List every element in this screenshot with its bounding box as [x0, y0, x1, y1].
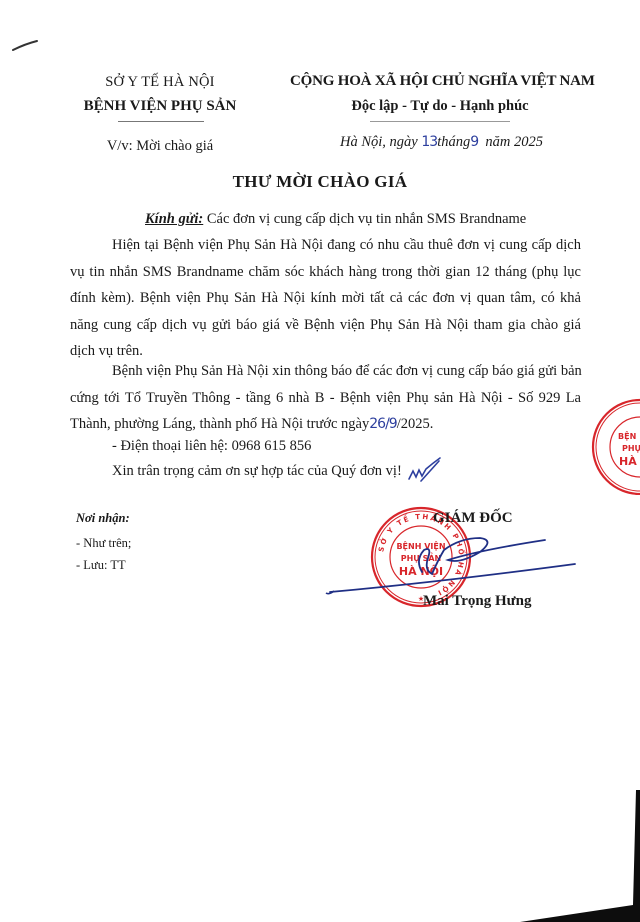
handwritten-day: 13	[421, 134, 437, 150]
paragraph-submission: Bệnh viện Phụ Sản Hà Nội xin thông báo đ…	[70, 358, 581, 438]
parent-organization: SỞ Y TẾ HÀ NỘI	[60, 74, 260, 91]
signature	[320, 520, 580, 600]
national-title: CỘNG HOÀ XÃ HỘI CHỦ NGHĨA VIỆT NAM	[290, 73, 590, 90]
document-title: THƯ MỜI CHÀO GIÁ	[0, 172, 640, 192]
recipient-text: Các đơn vị cung cấp dịch vụ tin nhắn SMS…	[203, 211, 526, 227]
date-prefix: Hà Nội, ngày	[340, 134, 421, 150]
svg-text:BỆN: BỆN	[618, 431, 636, 441]
handwritten-deadline: 26/9	[369, 416, 396, 432]
initials-mark	[405, 455, 445, 485]
recipient-label: Kính gửi:	[145, 211, 203, 227]
svg-text:HÀ: HÀ	[619, 455, 637, 468]
svg-text:PHỤ: PHỤ	[622, 444, 640, 453]
paragraph-line-deadline: Thành, phường Láng, thành phố Hà Nội trư…	[70, 411, 581, 438]
paragraph-line: vụ tin nhắn SMS Brandname chăm sóc khách…	[70, 259, 581, 286]
organization-name: BỆNH VIỆN PHỤ SẢN	[60, 98, 260, 115]
signer-name: Mai Trọng Hưng	[423, 593, 531, 610]
deadline-suffix: /2025.	[397, 416, 434, 432]
motto-underline	[370, 121, 510, 122]
recipient-line: Kính gửi: Các đơn vị cung cấp dịch vụ ti…	[145, 211, 526, 228]
date-year: năm 2025	[478, 134, 543, 150]
deadline-prefix: Thành, phường Láng, thành phố Hà Nội trư…	[70, 416, 369, 432]
paragraph-intro: Hiện tại Bệnh viện Phụ Sản Hà Nội đang c…	[70, 232, 581, 365]
national-motto: Độc lập - Tự do - Hạnh phúc	[290, 98, 590, 115]
contact-phone: - Điện thoại liên hệ: 0968 615 856	[112, 438, 311, 455]
pen-stroke-mark	[10, 35, 50, 55]
recipients-title: Nơi nhận:	[76, 511, 130, 526]
thanks-line: Xin trân trọng cảm ơn sự hợp tác của Quý…	[112, 463, 402, 480]
partial-stamp-edge: BỆN PHỤ HÀ	[590, 395, 640, 495]
recipient-item: - Lưu: TT	[76, 558, 126, 573]
date-line: Hà Nội, ngày 13tháng9 năm 2025	[340, 134, 543, 151]
paragraph-line: cứng tới Tổ Truyền Thông - tầng 6 nhà B …	[70, 385, 581, 412]
handwritten-month: 9	[470, 134, 478, 150]
org-underline	[118, 121, 204, 122]
paragraph-line: Hiện tại Bệnh viện Phụ Sản Hà Nội đang c…	[70, 232, 581, 259]
date-month-label: tháng	[437, 134, 470, 150]
paragraph-line: Bệnh viện Phụ Sản Hà Nội xin thông báo đ…	[70, 358, 581, 385]
subject-line: V/v: Mời chào giá	[60, 138, 260, 155]
recipient-item: - Như trên;	[76, 536, 131, 551]
paragraph-line: đính kèm). Bệnh viện Phụ Sản Hà Nội kính…	[70, 285, 581, 312]
paragraph-line: năng cung cấp dịch vụ gửi báo giá về Bện…	[70, 312, 581, 339]
